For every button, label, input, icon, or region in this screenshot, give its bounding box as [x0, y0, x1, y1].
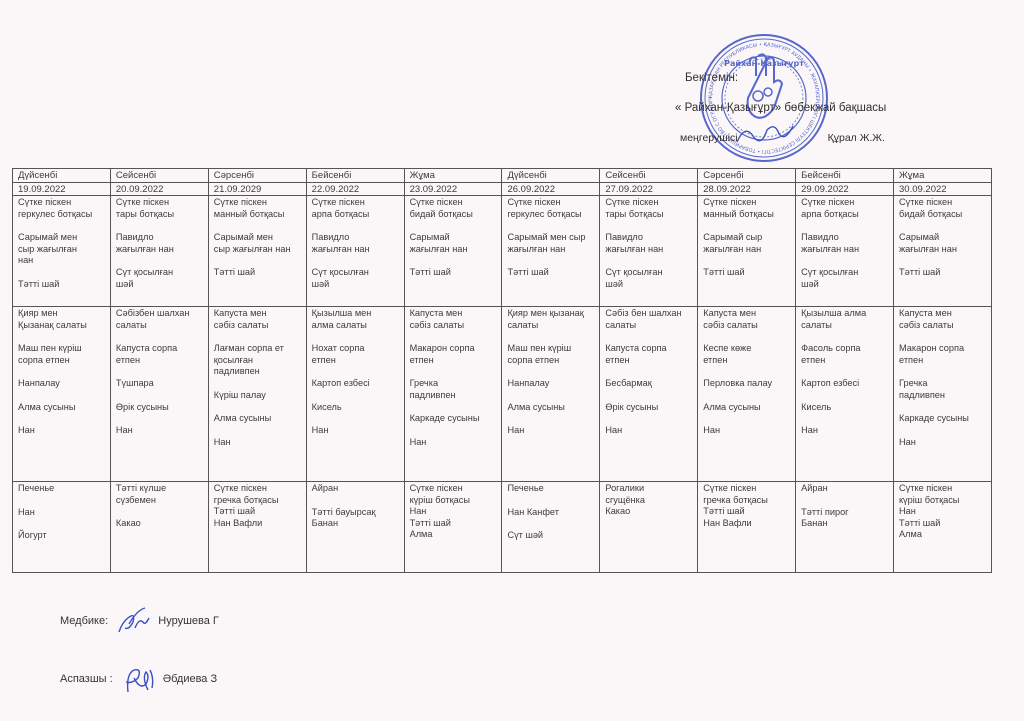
dish-item: Нан — [116, 425, 203, 437]
nurse-name: Нурушева Г — [158, 615, 219, 627]
lunch-cell: Қызылша мен алма салатыНохат сорпа етпен… — [306, 307, 404, 482]
dish-item: Тәтті шай — [507, 267, 594, 279]
day-name-cell: Бейсенбі — [796, 169, 894, 183]
dish-item: Нохат сорпа етпен — [312, 343, 399, 366]
dish-item: Нан — [18, 507, 105, 519]
dish-item: Маш пен күріш сорпа етпен — [507, 343, 594, 366]
approve-label: Бекітемін: — [685, 72, 738, 84]
day-name-cell: Сәрсенбі — [698, 169, 796, 183]
dish-item: Кисель — [801, 402, 888, 414]
dish-item: Сүтке піскен манный ботқасы — [703, 197, 790, 220]
breakfast-cell: Сүтке піскен манный ботқасыСарымай сыр ж… — [698, 196, 796, 307]
lunch-cell: Қияр мен қызанақ салатыМаш пен күріш сор… — [502, 307, 600, 482]
director-signature-icon — [735, 118, 795, 148]
dish-item: Тәтті шай — [899, 267, 986, 279]
breakfast-row: Сүтке піскен геркулес ботқасыСарымай мен… — [13, 196, 992, 307]
dish-item: Павидло жағылған нан — [312, 232, 399, 255]
dish-item: Кеспе көже етпен — [703, 343, 790, 366]
dish-item: Сарымай мен сыр жағылған нан — [18, 232, 105, 267]
dish-item: Капуста мен сәбіз салаты — [899, 308, 986, 331]
date-cell: 30.09.2022 — [894, 182, 992, 196]
lunch-cell: Капуста мен сәбіз салатыМакарон сорпа ет… — [404, 307, 502, 482]
lunch-cell: Қияр мен Қызанақ салатыМаш пен күріш сор… — [13, 307, 111, 482]
dish-item — [116, 506, 203, 518]
dish-item: Сүтке піскен бидай ботқасы — [899, 197, 986, 220]
dish-item: Капуста сорпа етпен — [605, 343, 692, 366]
day-name-cell: Сейсенбі — [600, 169, 698, 183]
dish-item: Макарон сорпа етпен — [410, 343, 497, 366]
dish-item: Сәбіз бен шалхан салаты — [605, 308, 692, 331]
dish-item: Печенье — [507, 483, 594, 495]
dish-item: Сүтке піскен тары ботқасы — [605, 197, 692, 220]
snack-cell: ПеченьеНан КанфетСүт шәй — [502, 482, 600, 573]
day-name-cell: Дүйсенбі — [13, 169, 111, 183]
dish-item: Каркаде сусыны — [410, 413, 497, 425]
director-position: меңгерушісі — [680, 132, 738, 144]
dish-item: Қияр мен Қызанақ салаты — [18, 308, 105, 331]
dish-item: Нан Вафли — [703, 518, 790, 530]
dish-item: Банан — [801, 518, 888, 530]
snack-cell: Сүтке піскен гречка ботқасыТәтті шайНан … — [208, 482, 306, 573]
date-cell: 27.09.2022 — [600, 182, 698, 196]
day-name-cell: Бейсенбі — [306, 169, 404, 183]
dish-item: Нан — [214, 437, 301, 449]
dish-item — [507, 495, 594, 507]
day-header-row: ДүйсенбіСейсенбіСәрсенбіБейсенбіЖұмаДүйс… — [13, 169, 992, 183]
dish-item: Сүтке піскен геркулес ботқасы — [507, 197, 594, 220]
dish-item: Алма сусыны — [18, 402, 105, 414]
dish-item: Қызылша мен алма салаты — [312, 308, 399, 331]
day-name-cell: Сәрсенбі — [208, 169, 306, 183]
dish-item: Сүтке піскен гречка ботқасы — [214, 483, 301, 506]
dish-item — [312, 495, 399, 507]
dish-item: Капуста мен сәбіз салаты — [703, 308, 790, 331]
cook-signature-row: Аспазшы : Әбдиева З — [60, 664, 217, 694]
director-name: Құрал Ж.Ж. — [828, 132, 885, 144]
dish-item: Нан — [18, 425, 105, 437]
dish-item: Кисель — [312, 402, 399, 414]
date-cell: 23.09.2022 — [404, 182, 502, 196]
dish-item: Нан Вафли — [214, 518, 301, 530]
dish-item: Сүтке піскен гречка ботқасы — [703, 483, 790, 506]
dish-item: Капуста сорпа етпен — [116, 343, 203, 366]
cook-label: Аспазшы : — [60, 673, 113, 685]
dish-item: Макарон сорпа етпен — [899, 343, 986, 366]
dish-item — [18, 495, 105, 507]
dish-item: Сүтке піскен күріш ботқасы — [410, 483, 497, 506]
dish-item: Павидло жағылған нан — [605, 232, 692, 255]
dish-item: Сүтке піскен геркулес ботқасы — [18, 197, 105, 220]
dish-item: Тәтті шай — [703, 267, 790, 279]
cook-signature-icon — [120, 664, 156, 694]
breakfast-cell: Сүтке піскен манный ботқасыСарымай мен с… — [208, 196, 306, 307]
dish-item: Сүтке піскен арпа ботқасы — [312, 197, 399, 220]
lunch-cell: Сәбізбен шалхан салатыКапуста сорпа етпе… — [110, 307, 208, 482]
dish-item: Тәтті шай — [410, 518, 497, 530]
dish-item: Банан — [312, 518, 399, 530]
breakfast-cell: Сүтке піскен геркулес ботқасыСарымай мен… — [502, 196, 600, 307]
snack-cell: ПеченьеНанЙогурт — [13, 482, 111, 573]
dish-item: Сүтке піскен бидай ботқасы — [410, 197, 497, 220]
date-cell: 20.09.2022 — [110, 182, 208, 196]
dish-item: Сүт қосылған шәй — [116, 267, 203, 290]
dish-item: Сарымай жағылған нан — [410, 232, 497, 255]
dish-item: Нан — [605, 425, 692, 437]
lunch-cell: Қызылша алма салатыФасоль сорпа етпенКар… — [796, 307, 894, 482]
dish-item: Нан — [703, 425, 790, 437]
dish-item: Сарымай мен сыр жағылған нан — [507, 232, 594, 255]
dish-item: Тәтті бауырсақ — [312, 507, 399, 519]
dish-item — [18, 518, 105, 530]
dish-item: Алма сусыны — [214, 413, 301, 425]
dish-item: Тәтті күлше сүзбемен — [116, 483, 203, 506]
dish-item: Гречка падливпен — [899, 378, 986, 401]
dish-item: Капуста мен сәбіз салаты — [214, 308, 301, 331]
institution-name: « Райхан-Қазығұрт» бөбекжай бақшасы — [675, 102, 886, 114]
date-cell: 19.09.2022 — [13, 182, 111, 196]
lunch-cell: Капуста мен сәбіз салатыМакарон сорпа ет… — [894, 307, 992, 482]
dish-item: Сүт қосылған шәй — [312, 267, 399, 290]
breakfast-cell: Сүтке піскен арпа ботқасыПавидло жағылға… — [306, 196, 404, 307]
dish-item: Сәбізбен шалхан салаты — [116, 308, 203, 331]
breakfast-cell: Сүтке піскен геркулес ботқасыСарымай мен… — [13, 196, 111, 307]
dish-item: Тәтті пирог — [801, 507, 888, 519]
dish-item: Нан — [899, 506, 986, 518]
dish-item: Сүт қосылған шәй — [605, 267, 692, 290]
dish-item: Перловка палау — [703, 378, 790, 390]
dish-item: Сүтке піскен тары ботқасы — [116, 197, 203, 220]
lunch-cell: Капуста мен сәбіз салатыЛағман сорпа ет … — [208, 307, 306, 482]
dish-item: Йогурт — [18, 530, 105, 542]
lunch-row: Қияр мен Қызанақ салатыМаш пен күріш сор… — [13, 307, 992, 482]
date-cell: 28.09.2022 — [698, 182, 796, 196]
nurse-label: Медбике: — [60, 615, 108, 627]
snack-cell: Рогалики сгущёнкаКакао — [600, 482, 698, 573]
cook-name: Әбдиева З — [163, 673, 217, 685]
dish-item: Тәтті шай — [410, 267, 497, 279]
dish-item: Сүтке піскен арпа ботқасы — [801, 197, 888, 220]
snack-cell: Сүтке піскен гречка ботқасыТәтті шайНан … — [698, 482, 796, 573]
snack-cell: Сүтке піскен күріш ботқасы Нан Тәтті шай… — [404, 482, 502, 573]
dish-item: Фасоль сорпа етпен — [801, 343, 888, 366]
dish-item: Нан — [410, 437, 497, 449]
approval-block: ҚАЗАҚСТАН РЕСПУБЛИКАСЫ • ҚАЗЫҒҰРТ АУДАНЫ… — [0, 0, 1024, 160]
dish-item — [507, 518, 594, 530]
dish-item: Өрік сусыны — [605, 402, 692, 414]
dish-item: Сарымай мен сыр жағылған нан — [214, 232, 301, 255]
dish-item: Түшпара — [116, 378, 203, 390]
day-name-cell: Сейсенбі — [110, 169, 208, 183]
breakfast-cell: Сүтке піскен арпа ботқасы Павидло жағылғ… — [796, 196, 894, 307]
dish-item: Тәтті шай — [18, 279, 105, 291]
dish-item: Сүт шәй — [507, 530, 594, 542]
dish-item: Сүтке піскен манный ботқасы — [214, 197, 301, 220]
dish-item: Бесбармақ — [605, 378, 692, 390]
dish-item: Сарымай сыр жағылған нан — [703, 232, 790, 255]
dish-item: Күріш палау — [214, 390, 301, 402]
dish-item: Рогалики сгущёнка — [605, 483, 692, 506]
dish-item: Нан — [899, 437, 986, 449]
dish-item: Алма — [899, 529, 986, 541]
dish-item: Гречка падливпен — [410, 378, 497, 401]
snack-cell: АйранТәтті бауырсақБанан — [306, 482, 404, 573]
dish-item: Картоп езбесі — [801, 378, 888, 390]
dish-item: Тәтті шай — [899, 518, 986, 530]
dish-item: Тәтті шай — [703, 506, 790, 518]
day-name-cell: Жұма — [404, 169, 502, 183]
lunch-cell: Капуста мен сәбіз салатыКеспе көже етпен… — [698, 307, 796, 482]
dish-item: Қызылша алма салаты — [801, 308, 888, 331]
date-cell: 29.09.2022 — [796, 182, 894, 196]
dish-item: Какао — [605, 506, 692, 518]
day-name-cell: Жұма — [894, 169, 992, 183]
dish-item: Печенье — [18, 483, 105, 495]
dish-item: Сарымай жағылған нан — [899, 232, 986, 255]
snack-cell: АйранТәтті пирогБанан — [796, 482, 894, 573]
dish-item: Айран — [801, 483, 888, 495]
snack-cell: Сүтке піскен күріш ботқасыНанТәтті шайАл… — [894, 482, 992, 573]
date-cell: 22.09.2022 — [306, 182, 404, 196]
date-header-row: 19.09.202220.09.202221.09.202922.09.2022… — [13, 182, 992, 196]
snack-cell: Тәтті күлше сүзбеменКакао — [110, 482, 208, 573]
dish-item: Қияр мен қызанақ салаты — [507, 308, 594, 331]
snack-row: ПеченьеНанЙогурт Тәтті күлше сүзбеменКак… — [13, 482, 992, 573]
dish-item: Нан — [312, 425, 399, 437]
dish-item: Сүт қосылған шәй — [801, 267, 888, 290]
nurse-signature-row: Медбике: Нурушева Г — [60, 606, 219, 636]
dish-item: Маш пен күріш сорпа етпен — [18, 343, 105, 366]
breakfast-cell: Сүтке піскен бидай ботқасыСарымай жағылғ… — [894, 196, 992, 307]
dish-item: Нан — [507, 425, 594, 437]
dish-item: Павидло жағылған нан — [116, 232, 203, 255]
date-cell: 26.09.2022 — [502, 182, 600, 196]
dish-item: Сүтке піскен күріш ботқасы — [899, 483, 986, 506]
breakfast-cell: Сүтке піскен тары ботқасыПавидло жағылға… — [600, 196, 698, 307]
dish-item: Нан Канфет — [507, 507, 594, 519]
dish-item: Тәтті шай — [214, 506, 301, 518]
date-cell: 21.09.2029 — [208, 182, 306, 196]
nurse-signature-icon — [115, 606, 151, 636]
dish-item: Нанпалау — [18, 378, 105, 390]
dish-item: Алма сусыны — [507, 402, 594, 414]
breakfast-cell: Сүтке піскен тары ботқасыПавидло жағылға… — [110, 196, 208, 307]
dish-item: Лағман сорпа ет қосылған падливпен — [214, 343, 301, 378]
dish-item: Алма сусыны — [703, 402, 790, 414]
dish-item: Нанпалау — [507, 378, 594, 390]
weekly-menu-table: ДүйсенбіСейсенбіСәрсенбіБейсенбіЖұмаДүйс… — [12, 168, 992, 573]
lunch-cell: Сәбіз бен шалхан салатыКапуста сорпа етп… — [600, 307, 698, 482]
dish-item: Павидло жағылған нан — [801, 232, 888, 255]
dish-item — [801, 495, 888, 507]
dish-item: Нан — [410, 506, 497, 518]
breakfast-cell: Сүтке піскен бидай ботқасыСарымай жағылғ… — [404, 196, 502, 307]
dish-item: Нан — [801, 425, 888, 437]
day-name-cell: Дүйсенбі — [502, 169, 600, 183]
dish-item: Айран — [312, 483, 399, 495]
dish-item: Капуста мен сәбіз салаты — [410, 308, 497, 331]
dish-item: Алма — [410, 529, 497, 541]
dish-item: Тәтті шай — [214, 267, 301, 279]
dish-item: Өрік сусыны — [116, 402, 203, 414]
dish-item: Какао — [116, 518, 203, 530]
svg-text:Райхан-Қазығұрт: Райхан-Қазығұрт — [724, 59, 804, 68]
dish-item: Картоп езбесі — [312, 378, 399, 390]
dish-item: Каркаде сусыны — [899, 413, 986, 425]
